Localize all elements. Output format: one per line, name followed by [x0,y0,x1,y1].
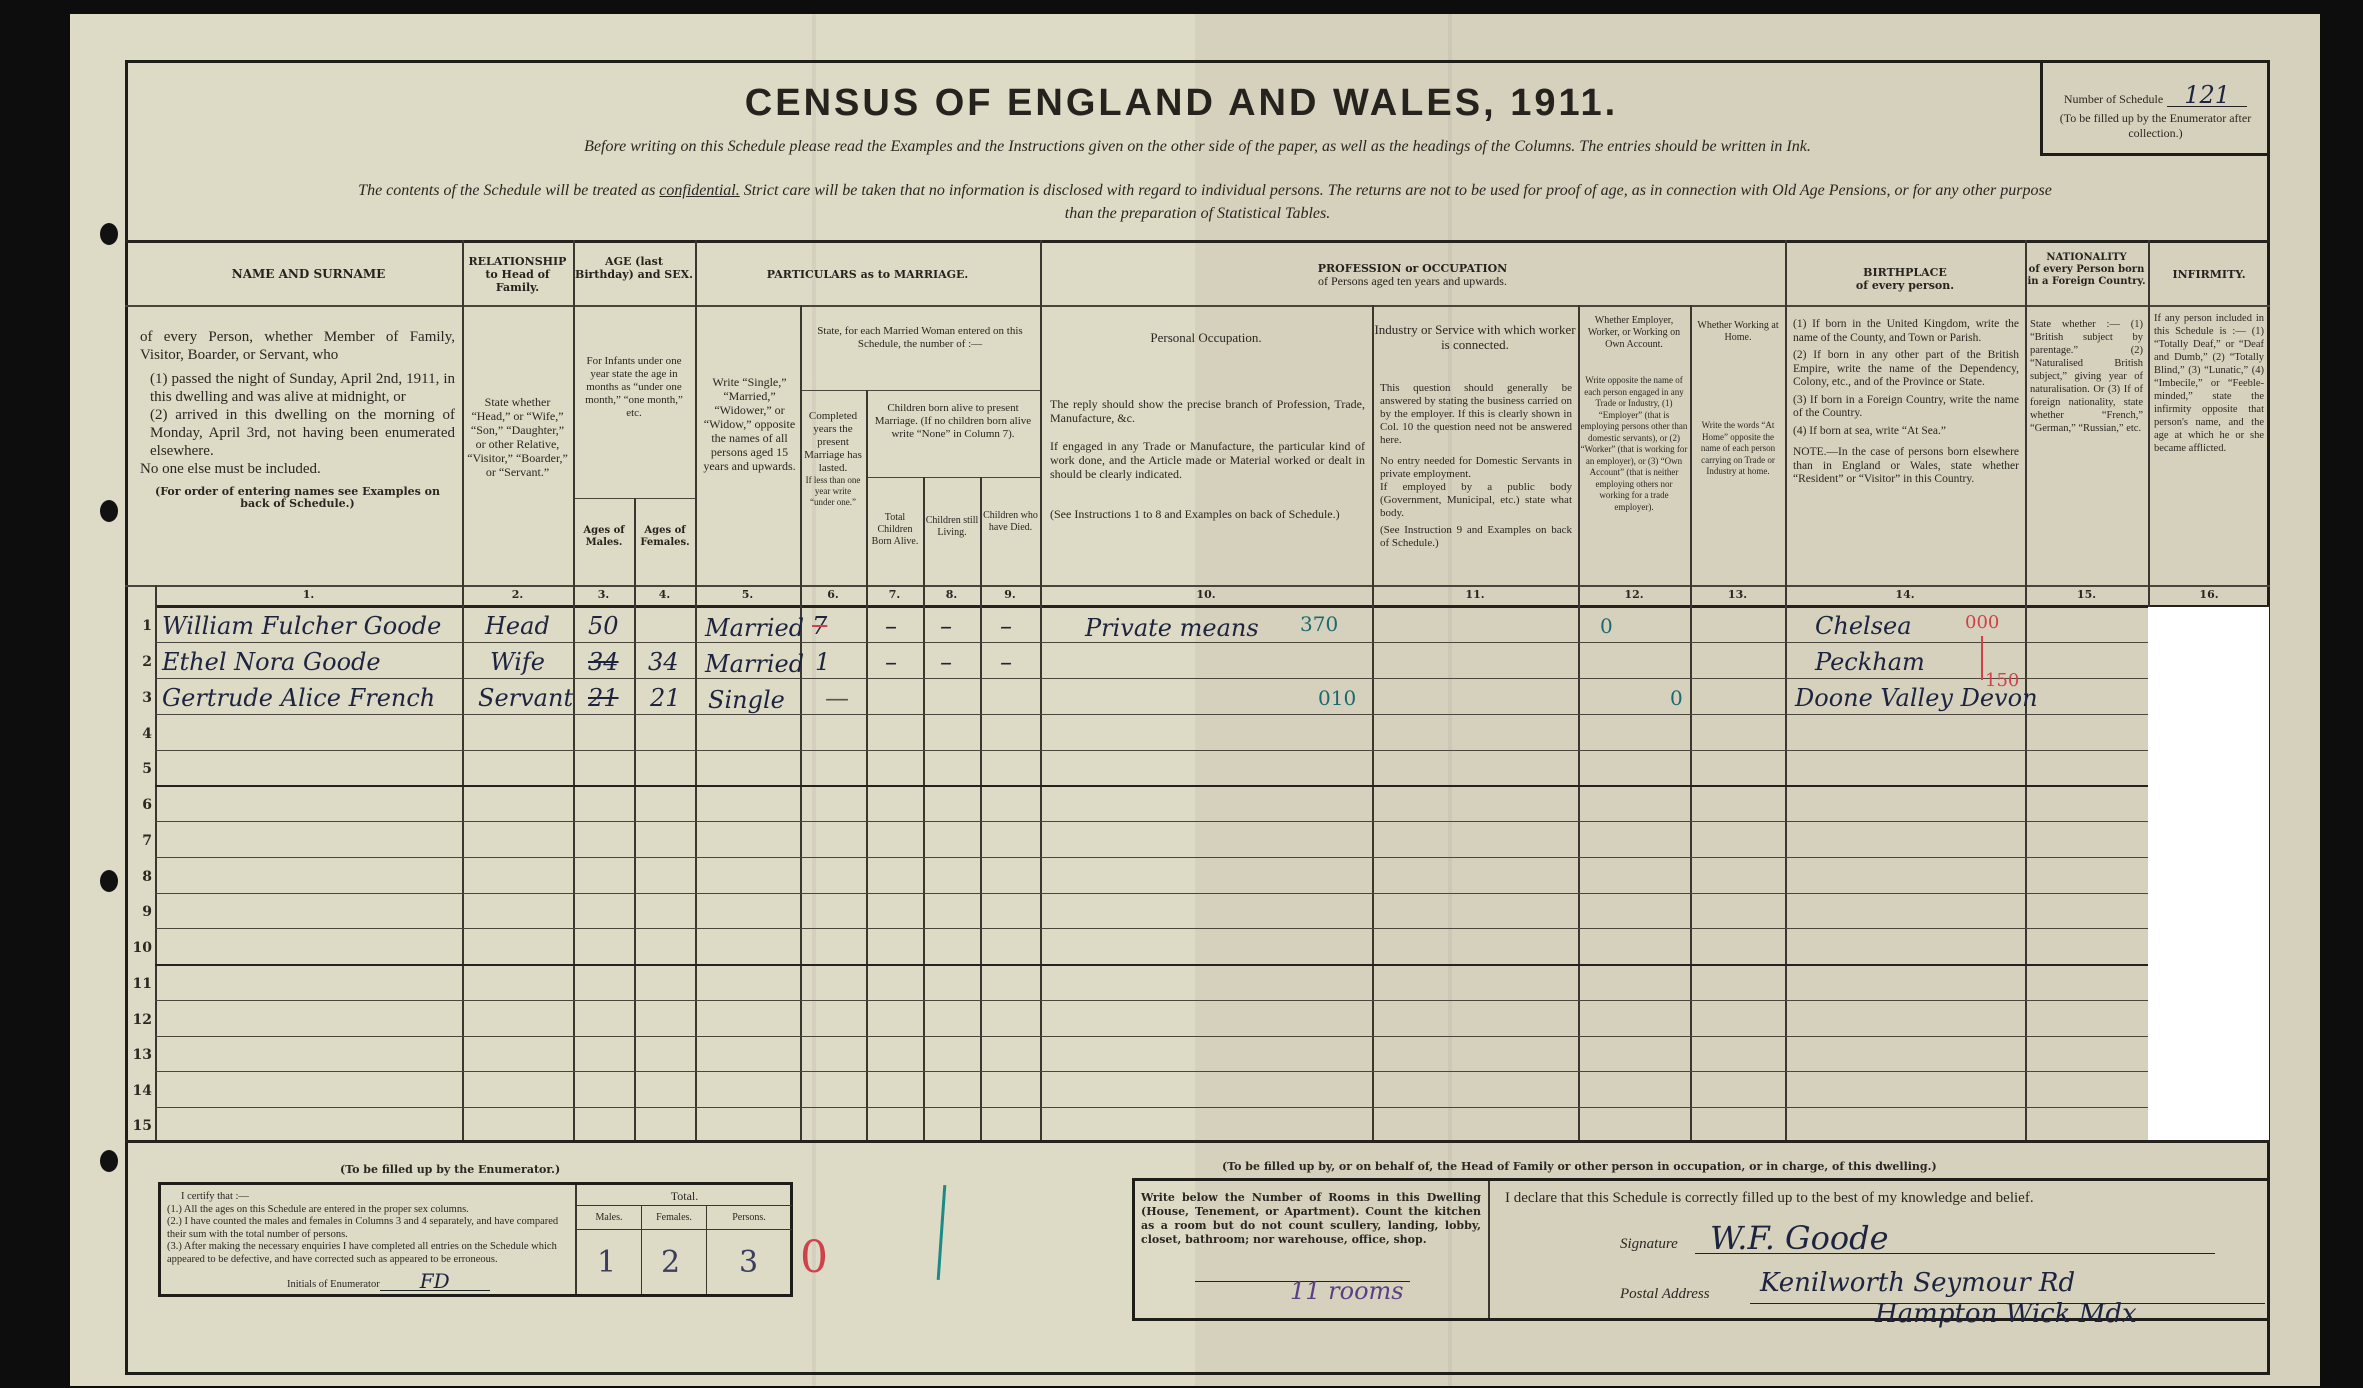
header-c7-desc: Total Children Born Alive. [868,512,922,548]
row-line [155,1071,2148,1072]
page-title: CENSUS OF ENGLAND AND WALES, 1911. [0,82,2363,125]
rule [125,585,2270,587]
row-number: 2 [128,654,152,670]
header-c2-desc: State whether “Head,” or “Wife,” “Son,” … [466,395,569,479]
cell-marital[interactable]: Married [705,650,804,678]
cell-occupation-code: 370 [1300,612,1338,636]
col-divider [573,240,575,1140]
rule [155,605,2270,608]
cell-children-died[interactable]: – [1000,648,1012,676]
cell-age-male-struck[interactable]: 34 [588,648,619,676]
total-females[interactable]: 2 [661,1245,680,1280]
header-marriage: PARTICULARS as to MARRIAGE. [697,268,1038,281]
cell-occupation-code: 010 [1318,686,1356,710]
initials-label: Initials of Enumerator [287,1279,380,1292]
punch-hole [100,223,118,245]
cell-children-died[interactable]: – [1000,612,1012,640]
cell-relationship[interactable]: Wife [490,648,545,676]
col-divider [695,240,697,1140]
cell-birthplace-code: 150 [1985,670,2019,691]
row-number: 7 [128,833,152,849]
cell-years-married[interactable]: 1 [815,648,830,676]
confidential-word: confidential. [659,182,739,199]
row-number: 6 [128,797,152,813]
col-num-5: 5. [695,588,800,601]
signature-value[interactable]: W.F. Goode [1710,1219,1889,1257]
header-relationship: RELATIONSHIP to Head of Family. [464,255,571,294]
cell-relationship[interactable]: Head [485,612,550,640]
cell-birthplace[interactable]: Chelsea [1815,612,1912,640]
initials-value[interactable]: FD [380,1272,490,1291]
row-line [155,857,2148,858]
header-age-desc: For Infants under one year state the age… [576,355,692,420]
cell-marital[interactable]: Married [705,614,804,642]
header-ages-males: Ages of Males. [575,525,633,549]
cell-age-female[interactable]: 21 [650,684,681,712]
red-zero-mark: 0 [800,1232,828,1283]
cell-age-male[interactable]: 50 [588,612,619,640]
rule [866,477,1040,478]
col-divider [1040,240,1042,1140]
punch-hole [100,1150,118,1172]
total-label: Total. [577,1189,792,1203]
cell-children-living[interactable]: – [940,612,952,640]
rule [125,305,2270,307]
header-industry: Industry or Service with which worker is… [1374,322,1576,352]
head-of-family-heading: (To be filled up by, or on behalf of, th… [1222,1160,1937,1173]
schedule-number-box: Number of Schedule 121 (To be filled up … [2040,62,2268,156]
cell-years-married[interactable]: 7 [812,612,827,640]
col-divider [866,390,868,1140]
header-nationality: NATIONALITY of every Person born in a Fo… [2027,252,2146,288]
row-number: 1 [128,618,152,634]
cell-birthplace[interactable]: Peckham [1815,648,1925,676]
col-divider [923,477,925,1140]
enumerator-certify-box: I certify that :— (1.) All the ages on t… [158,1182,793,1297]
signature-label: Signature [1620,1236,1678,1253]
header-married-woman-desc: State, for each Married Woman entered on… [802,325,1038,351]
col-num-16: 16. [2148,588,2270,601]
col-divider [1785,240,1787,1140]
header-c9-desc: Children who have Died. [982,510,1039,534]
row-line [155,678,2148,679]
cell-children-born[interactable]: – [885,648,897,676]
males-label: Males. [577,1211,641,1225]
header-name-surname: NAME AND SURNAME [157,268,460,281]
header-infirmity: INFIRMITY. [2150,268,2268,281]
punch-hole [100,500,118,522]
header-ages-females: Ages of Females. [636,525,694,549]
row-line [155,750,2148,751]
header-birthplace: BIRTHPLACE of every person. [1787,266,2023,292]
postal-address-line-2[interactable]: Hampton Wick Mdx [1875,1299,2137,1329]
col-divider [980,477,982,1140]
header-employer-worker: Whether Employer, Worker, or Working on … [1580,315,1688,351]
col-num-15: 15. [2025,588,2148,601]
cell-name[interactable]: Gertrude Alice French [162,684,435,712]
col-num-10: 10. [1040,588,1372,601]
row-line [155,928,2148,929]
postal-address-line-1[interactable]: Kenilworth Seymour Rd [1760,1268,2075,1298]
cell-name[interactable]: Ethel Nora Goode [162,648,381,676]
col-num-4: 4. [634,588,695,601]
row-line [155,964,2148,966]
header-c13-desc: Write the words “At Home” opposite the n… [1692,420,1784,478]
col-num-2: 2. [462,588,573,601]
cell-years-married[interactable]: — [825,684,849,712]
box-rule [577,1205,792,1206]
row-line [155,893,2148,894]
table-bottom-rule [125,1140,2270,1143]
row-number: 5 [128,761,152,777]
cell-children-born[interactable]: – [885,612,897,640]
punch-hole [100,870,118,892]
row-line [155,1036,2148,1037]
header-c15-desc: State whether :— (1) “British subject by… [2030,318,2143,435]
schedule-number-label: Number of Schedule [2064,92,2163,107]
rooms-value[interactable]: 11 rooms [1290,1277,1404,1305]
schedule-number-value[interactable]: 121 [2167,84,2247,107]
row-number: 14 [128,1083,152,1099]
row-line [155,1000,2148,1001]
cell-name[interactable]: William Fulcher Goode [162,612,441,640]
row-number: 8 [128,869,152,885]
row-number: 10 [128,940,152,956]
row-number: 13 [128,1047,152,1063]
col-num-13: 13. [1690,588,1785,601]
header-c11-desc: This question should generally be answer… [1380,382,1572,550]
col-num-11: 11. [1372,588,1578,601]
box-divider [1488,1181,1490,1318]
postal-address-label: Postal Address [1620,1286,1710,1303]
head-of-family-box: Write below the Number of Rooms in this … [1132,1178,2270,1321]
rule [800,390,1040,391]
total-persons[interactable]: 3 [739,1245,758,1280]
total-males[interactable]: 1 [597,1245,616,1280]
cell-children-living[interactable]: – [940,648,952,676]
header-age-sex: AGE (last Birthday) and SEX. [575,255,693,281]
header-personal-occupation: Personal Occupation. [1042,330,1370,345]
header-working-at-home: Whether Working at Home. [1692,320,1784,344]
header-c1-desc: of every Person, whether Member of Famil… [140,328,455,510]
confidential-line-2: than the preparation of Statistical Tabl… [125,205,2270,223]
confidential-line: The contents of the Schedule will be tre… [150,182,2260,200]
declaration-text: I declare that this Schedule is correctl… [1505,1191,2034,1205]
redaction-patch [2148,607,2269,1140]
col-num-8: 8. [923,588,980,601]
persons-label: Persons. [707,1211,791,1225]
row-number: 4 [128,726,152,742]
header-occupation: PROFESSION or OCCUPATION of Persons aged… [1042,262,1783,288]
header-children-desc: Children born alive to present Marriage.… [868,402,1038,441]
cell-birthplace-code: 000 [1965,612,1999,633]
box-rule [577,1229,792,1230]
rooms-instruction: Write below the Number of Rooms in this … [1141,1191,1481,1247]
rule [125,240,2270,243]
header-c14-desc: (1) If born in the United Kingdom, write… [1793,318,2019,487]
header-c5-desc: Write “Single,” “Married,” “Widower,” or… [702,375,797,473]
col-num-14: 14. [1785,588,2025,601]
row-number: 12 [128,1012,152,1028]
col-divider [462,240,464,1140]
row-line [155,785,2148,787]
row-number: 11 [128,976,152,992]
col-num-3: 3. [573,588,634,601]
cell-occupation[interactable]: Private means [1085,614,1259,642]
col-divider [1372,305,1374,1140]
header-c8-desc: Children still Living. [925,515,979,539]
red-bracket-mark [1981,636,1983,680]
row-number: 3 [128,690,152,706]
col-num-9: 9. [980,588,1040,601]
header-c16-desc: If any person included in this Schedule … [2154,312,2264,455]
col-num-7: 7. [866,588,923,601]
cell-relationship[interactable]: Servant [478,684,573,712]
row-number: 15 [128,1118,152,1134]
col-num-12: 12. [1578,588,1690,601]
row-number: 9 [128,904,152,920]
col-divider [155,585,157,1140]
row-line [155,714,2148,715]
cell-age-female[interactable]: 34 [648,648,679,676]
cell-employer-code: 0 [1600,614,1613,638]
enumerator-heading: (To be filled up by the Enumerator.) [340,1163,560,1176]
header-c10-desc: The reply should show the precise branch… [1050,397,1365,521]
cell-marital[interactable]: Single [708,686,785,714]
col-num-6: 6. [800,588,866,601]
cell-employer-code: 0 [1670,686,1683,710]
row-line [155,821,2148,822]
row-line [155,642,2148,643]
row-line [155,1107,2148,1108]
schedule-number-note: (To be filled up by the Enumerator after… [2057,111,2254,141]
header-c6-desc: Completed years the present Marriage has… [802,410,864,508]
instruction-line: Before writing on this Schedule please r… [125,138,2270,156]
header-c12-desc: Write opposite the name of each person e… [1580,375,1688,513]
females-label: Females. [642,1211,706,1225]
col-num-1: 1. [155,588,462,601]
certify-text: I certify that :— (1.) All the ages on t… [167,1191,572,1291]
cell-age-male-struck[interactable]: 21 [588,684,619,712]
